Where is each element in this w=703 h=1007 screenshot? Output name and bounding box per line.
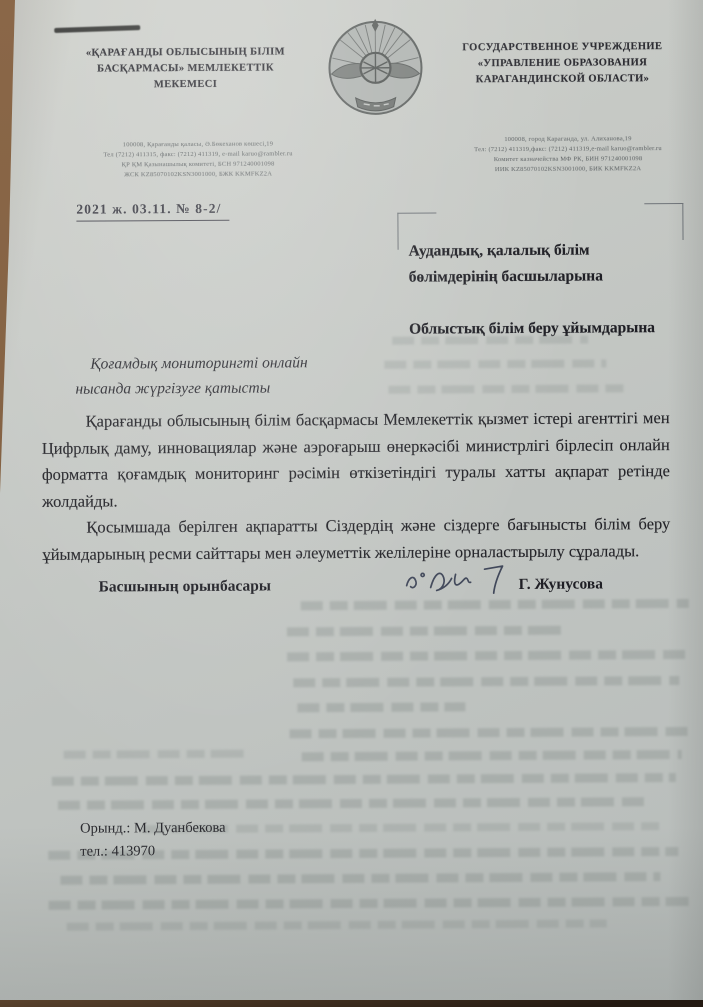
recipient-block: Аудандық, қалалық білім бөлімдерінің бас… <box>409 237 662 343</box>
scanned-letter-photo: «ҚАРАҒАНДЫ ОБЛЫСЫНЫҢ БІЛІМ БАСҚАРМАСЫ» М… <box>0 0 703 1007</box>
bleed-through-text <box>287 650 689 661</box>
org-name-russian-line: КАРАГАНДИНСКОЙ ОБЛАСТИ» <box>434 70 692 87</box>
outgoing-date-number: 2021 ж. 03.11. № 8-2/ <box>76 201 229 222</box>
bleed-through-text <box>287 626 563 637</box>
bleed-through-text <box>302 750 682 761</box>
org-name-kazakh-line: МЕКЕМЕСІ <box>58 76 314 93</box>
address-block-russian: 100008, город Караганда, ул. Алиханова,1… <box>438 134 698 176</box>
letter-content: «ҚАРАҒАНДЫ ОБЛЫСЫНЫҢ БІЛІМ БАСҚАРМАСЫ» М… <box>0 0 703 1007</box>
executor-block: Орынд.: М. Дуанбекова тел.: 413970 <box>80 817 226 864</box>
recipient-line-1: Аудандық, қалалық білім бөлімдерінің бас… <box>409 237 661 291</box>
org-name-russian-line: ГОСУДАРСТВЕННОЕ УЧРЕЖДЕНИЕ <box>433 39 691 56</box>
signer-name: Г. Жунусова <box>519 575 603 594</box>
signer-title: Басшының орынбасары <box>99 577 271 596</box>
address-line: ИИК KZ85070102KSN3001000, БИК KKMFKZ2A <box>438 164 698 176</box>
bleed-through-text <box>301 599 689 610</box>
bleed-through-text <box>384 359 606 368</box>
executor-phone: тел.: 413970 <box>80 840 226 864</box>
bleed-through-text <box>60 872 660 885</box>
body-paragraph-2: Қосымшада берілген ақпаратты Сіздердің ж… <box>42 511 670 568</box>
bleed-through-text <box>293 676 679 687</box>
handwritten-signature <box>400 555 515 604</box>
org-name-russian-line: «УПРАВЛЕНИЕ ОБРАЗОВАНИЯ <box>433 55 691 72</box>
kazakhstan-emblem-icon <box>325 14 426 121</box>
org-name-kazakh-line: БАСҚАРМАСЫ» МЕМЛЕКЕТТІК <box>57 60 313 77</box>
bleed-through-text <box>297 702 465 712</box>
bleed-through-text <box>49 897 689 910</box>
subject-line: Қоғамдық мониторингті онлайн нысанда жүр… <box>75 350 308 401</box>
bleed-through-text <box>52 773 676 786</box>
org-name-kazakh-line: «ҚАРАҒАНДЫ ОБЛЫСЫНЫҢ БІЛІМ <box>57 44 313 61</box>
bleed-through-text <box>58 797 650 810</box>
bleed-through-text <box>67 919 607 930</box>
org-name-kazakh: «ҚАРАҒАНДЫ ОБЛЫСЫНЫҢ БІЛІМ БАСҚАРМАСЫ» М… <box>57 44 313 93</box>
bleed-through-text <box>290 727 690 738</box>
bleed-through-text <box>388 384 626 393</box>
bleed-through-text <box>64 750 244 759</box>
letter-body: Қарағанды облысының білім басқармасы Мем… <box>42 405 671 568</box>
subject-line-2: нысанда жүргізуге қатысты <box>75 375 308 401</box>
executor-name: Орынд.: М. Дуанбекова <box>80 817 226 841</box>
bleed-through-text <box>392 336 588 345</box>
org-name-russian: ГОСУДАРСТВЕННОЕ УЧРЕЖДЕНИЕ «УПРАВЛЕНИЕ О… <box>433 39 691 88</box>
binding-mark <box>54 25 140 33</box>
letter-paper: «ҚАРАҒАНДЫ ОБЛЫСЫНЫҢ БІЛІМ БАСҚАРМАСЫ» М… <box>0 0 703 1007</box>
address-block-kazakh: 100008, Қарағанды қаласы, Ә.Бөкеханов кө… <box>58 139 338 181</box>
body-paragraph-1: Қарағанды облысының білім басқармасы Мем… <box>42 405 671 515</box>
corner-mark-right-icon <box>644 203 683 240</box>
address-line: ЖСК KZ85070102KSN3001000, БЖК KKMFKZ2A <box>58 169 338 181</box>
subject-line-1: Қоғамдық мониторингті онлайн <box>90 350 308 376</box>
